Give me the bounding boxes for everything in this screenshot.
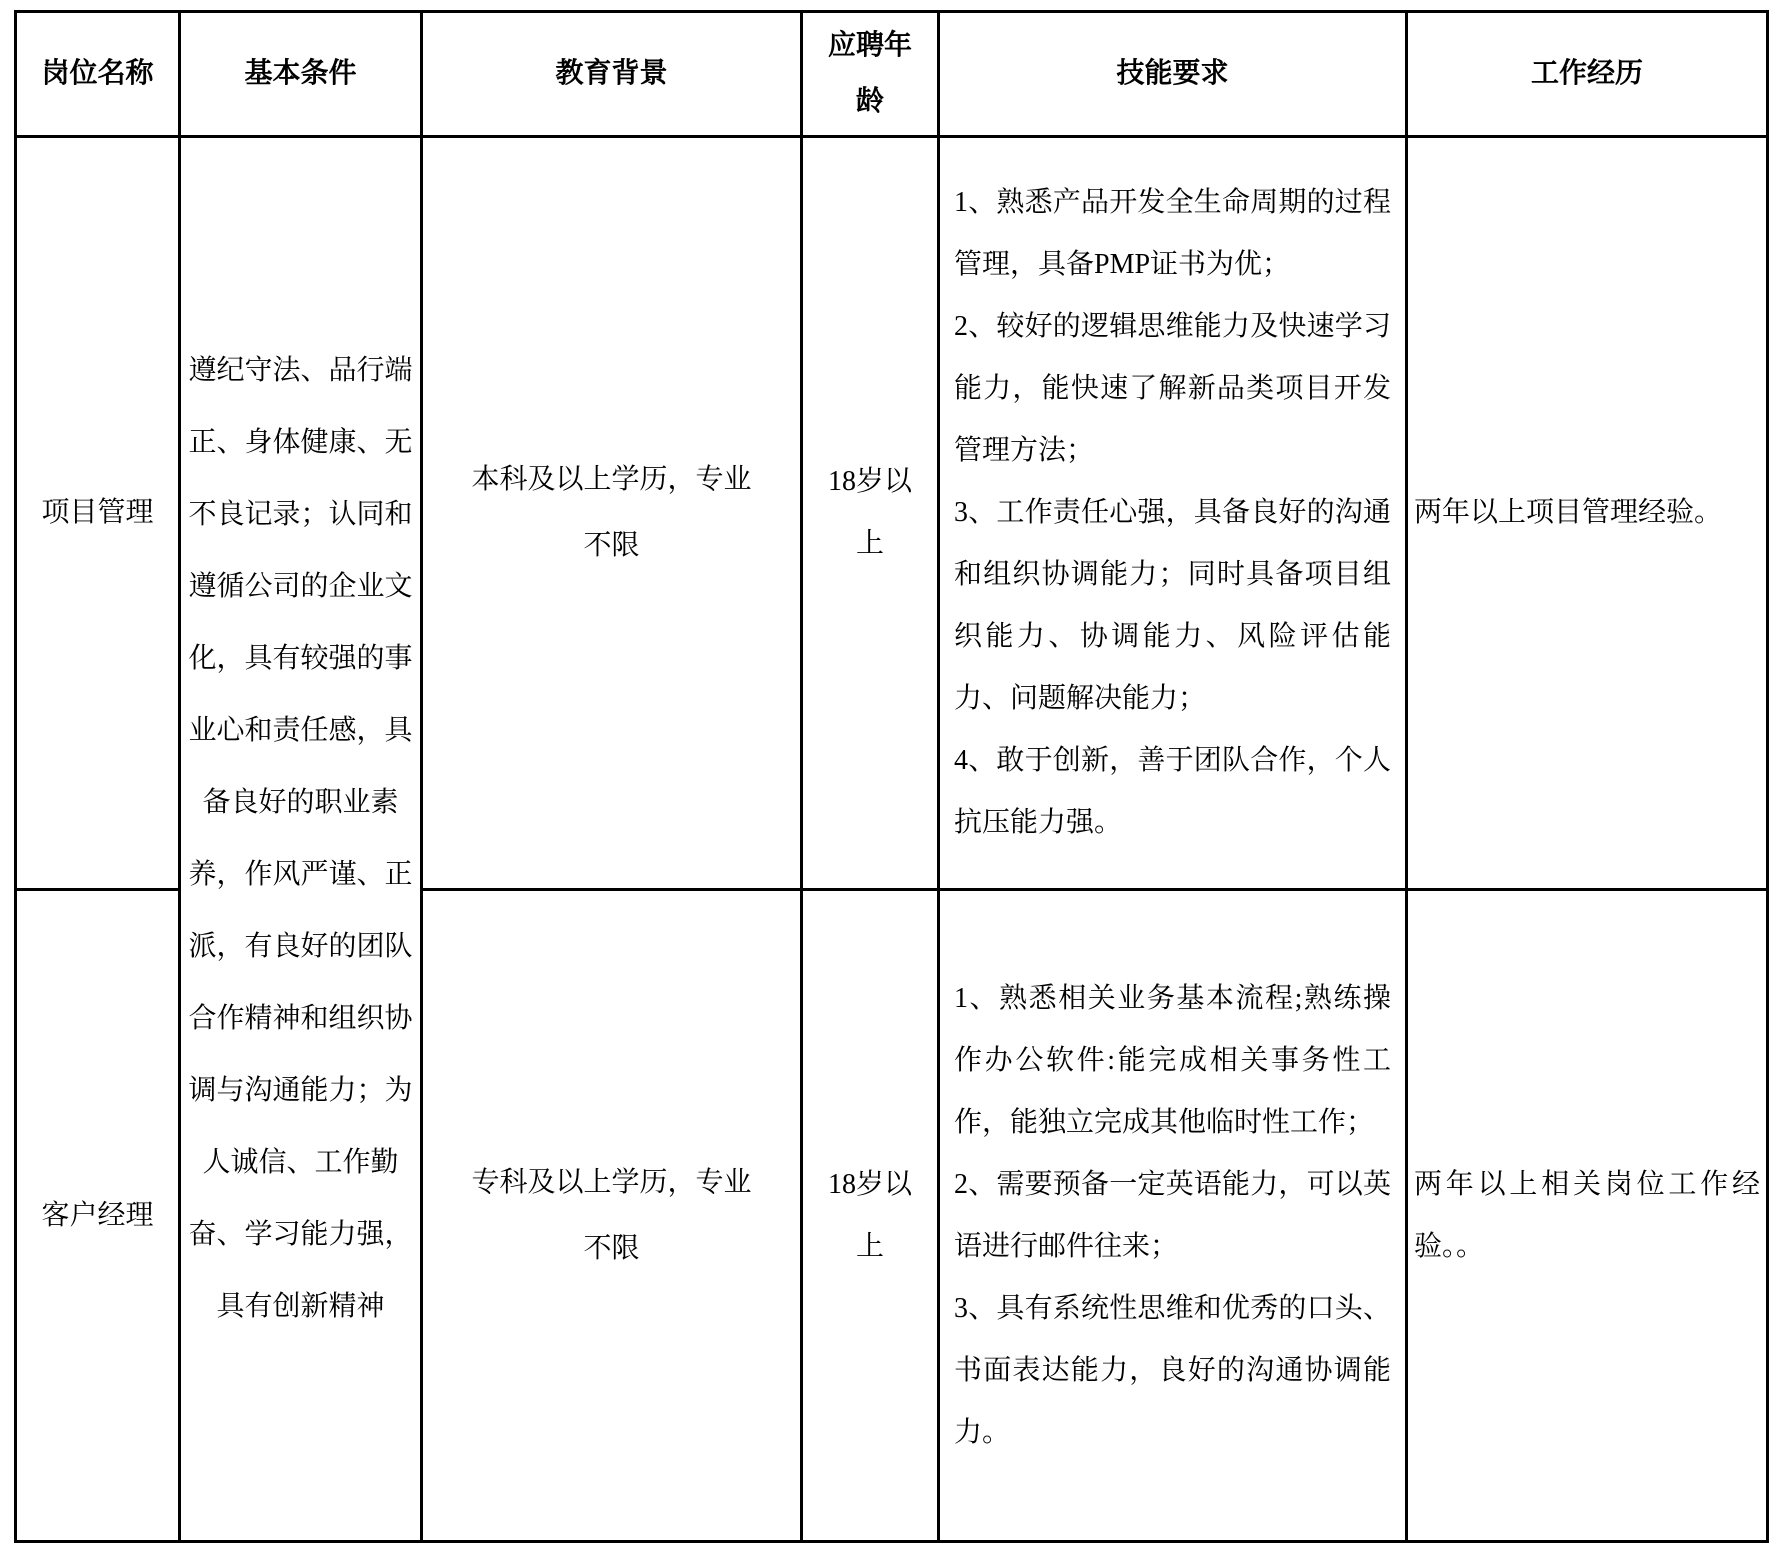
cell-position-project-management: 项目管理 bbox=[16, 137, 180, 890]
cell-skills-row1: 1、熟悉产品开发全生命周期的过程管理，具备PMP证书为优； 2、较好的逻辑思维能… bbox=[939, 137, 1407, 890]
skill-item: 3、具有系统性思维和优秀的口头、书面表达能力，良好的沟通协调能力。 bbox=[954, 1278, 1391, 1464]
header-age: 应聘年龄 bbox=[802, 12, 939, 137]
header-row: 岗位名称 基本条件 教育背景 应聘年龄 技能要求 工作经历 bbox=[16, 12, 1768, 137]
skill-item: 1、熟悉产品开发全生命周期的过程管理，具备PMP证书为优； bbox=[954, 172, 1391, 296]
cell-age-row1: 18岁以上 bbox=[802, 137, 939, 890]
recruitment-requirements-table: 岗位名称 基本条件 教育背景 应聘年龄 技能要求 工作经历 项目管理 遵纪守法、… bbox=[14, 10, 1769, 1543]
cell-skills-row2: 1、熟悉相关业务基本流程;熟练操作办公软件:能完成相关事务性工作，能独立完成其他… bbox=[939, 890, 1407, 1542]
header-position: 岗位名称 bbox=[16, 12, 180, 137]
cell-education-row2: 专科及以上学历，专业不限 bbox=[422, 890, 802, 1542]
skill-item: 4、敢于创新，善于团队合作，个人抗压能力强。 bbox=[954, 730, 1391, 854]
header-skills: 技能要求 bbox=[939, 12, 1407, 137]
skill-item: 1、熟悉相关业务基本流程;熟练操作办公软件:能完成相关事务性工作，能独立完成其他… bbox=[954, 968, 1391, 1154]
table-row-project-management: 项目管理 遵纪守法、品行端正、身体健康、无不良记录；认同和遵循公司的企业文化，具… bbox=[16, 137, 1768, 890]
skill-item: 3、工作责任心强，具备良好的沟通和组织协调能力；同时具备项目组织能力、协调能力、… bbox=[954, 482, 1391, 730]
cell-education-row1: 本科及以上学历，专业不限 bbox=[422, 137, 802, 890]
header-basic-conditions: 基本条件 bbox=[180, 12, 422, 137]
cell-age-row2: 18岁以上 bbox=[802, 890, 939, 1542]
cell-experience-row1: 两年以上项目管理经验。 bbox=[1407, 137, 1768, 890]
skill-item: 2、较好的逻辑思维能力及快速学习能力，能快速了解新品类项目开发管理方法； bbox=[954, 296, 1391, 482]
cell-basic-conditions-merged: 遵纪守法、品行端正、身体健康、无不良记录；认同和遵循公司的企业文化，具有较强的事… bbox=[180, 137, 422, 1542]
header-education: 教育背景 bbox=[422, 12, 802, 137]
cell-experience-row2: 两年以上相关岗位工作经验。。 bbox=[1407, 890, 1768, 1542]
cell-position-customer-manager: 客户经理 bbox=[16, 890, 180, 1542]
skill-item: 2、需要预备一定英语能力，可以英语进行邮件往来； bbox=[954, 1154, 1391, 1278]
document-page: 岗位名称 基本条件 教育背景 应聘年龄 技能要求 工作经历 项目管理 遵纪守法、… bbox=[0, 0, 1780, 1549]
header-experience: 工作经历 bbox=[1407, 12, 1768, 137]
